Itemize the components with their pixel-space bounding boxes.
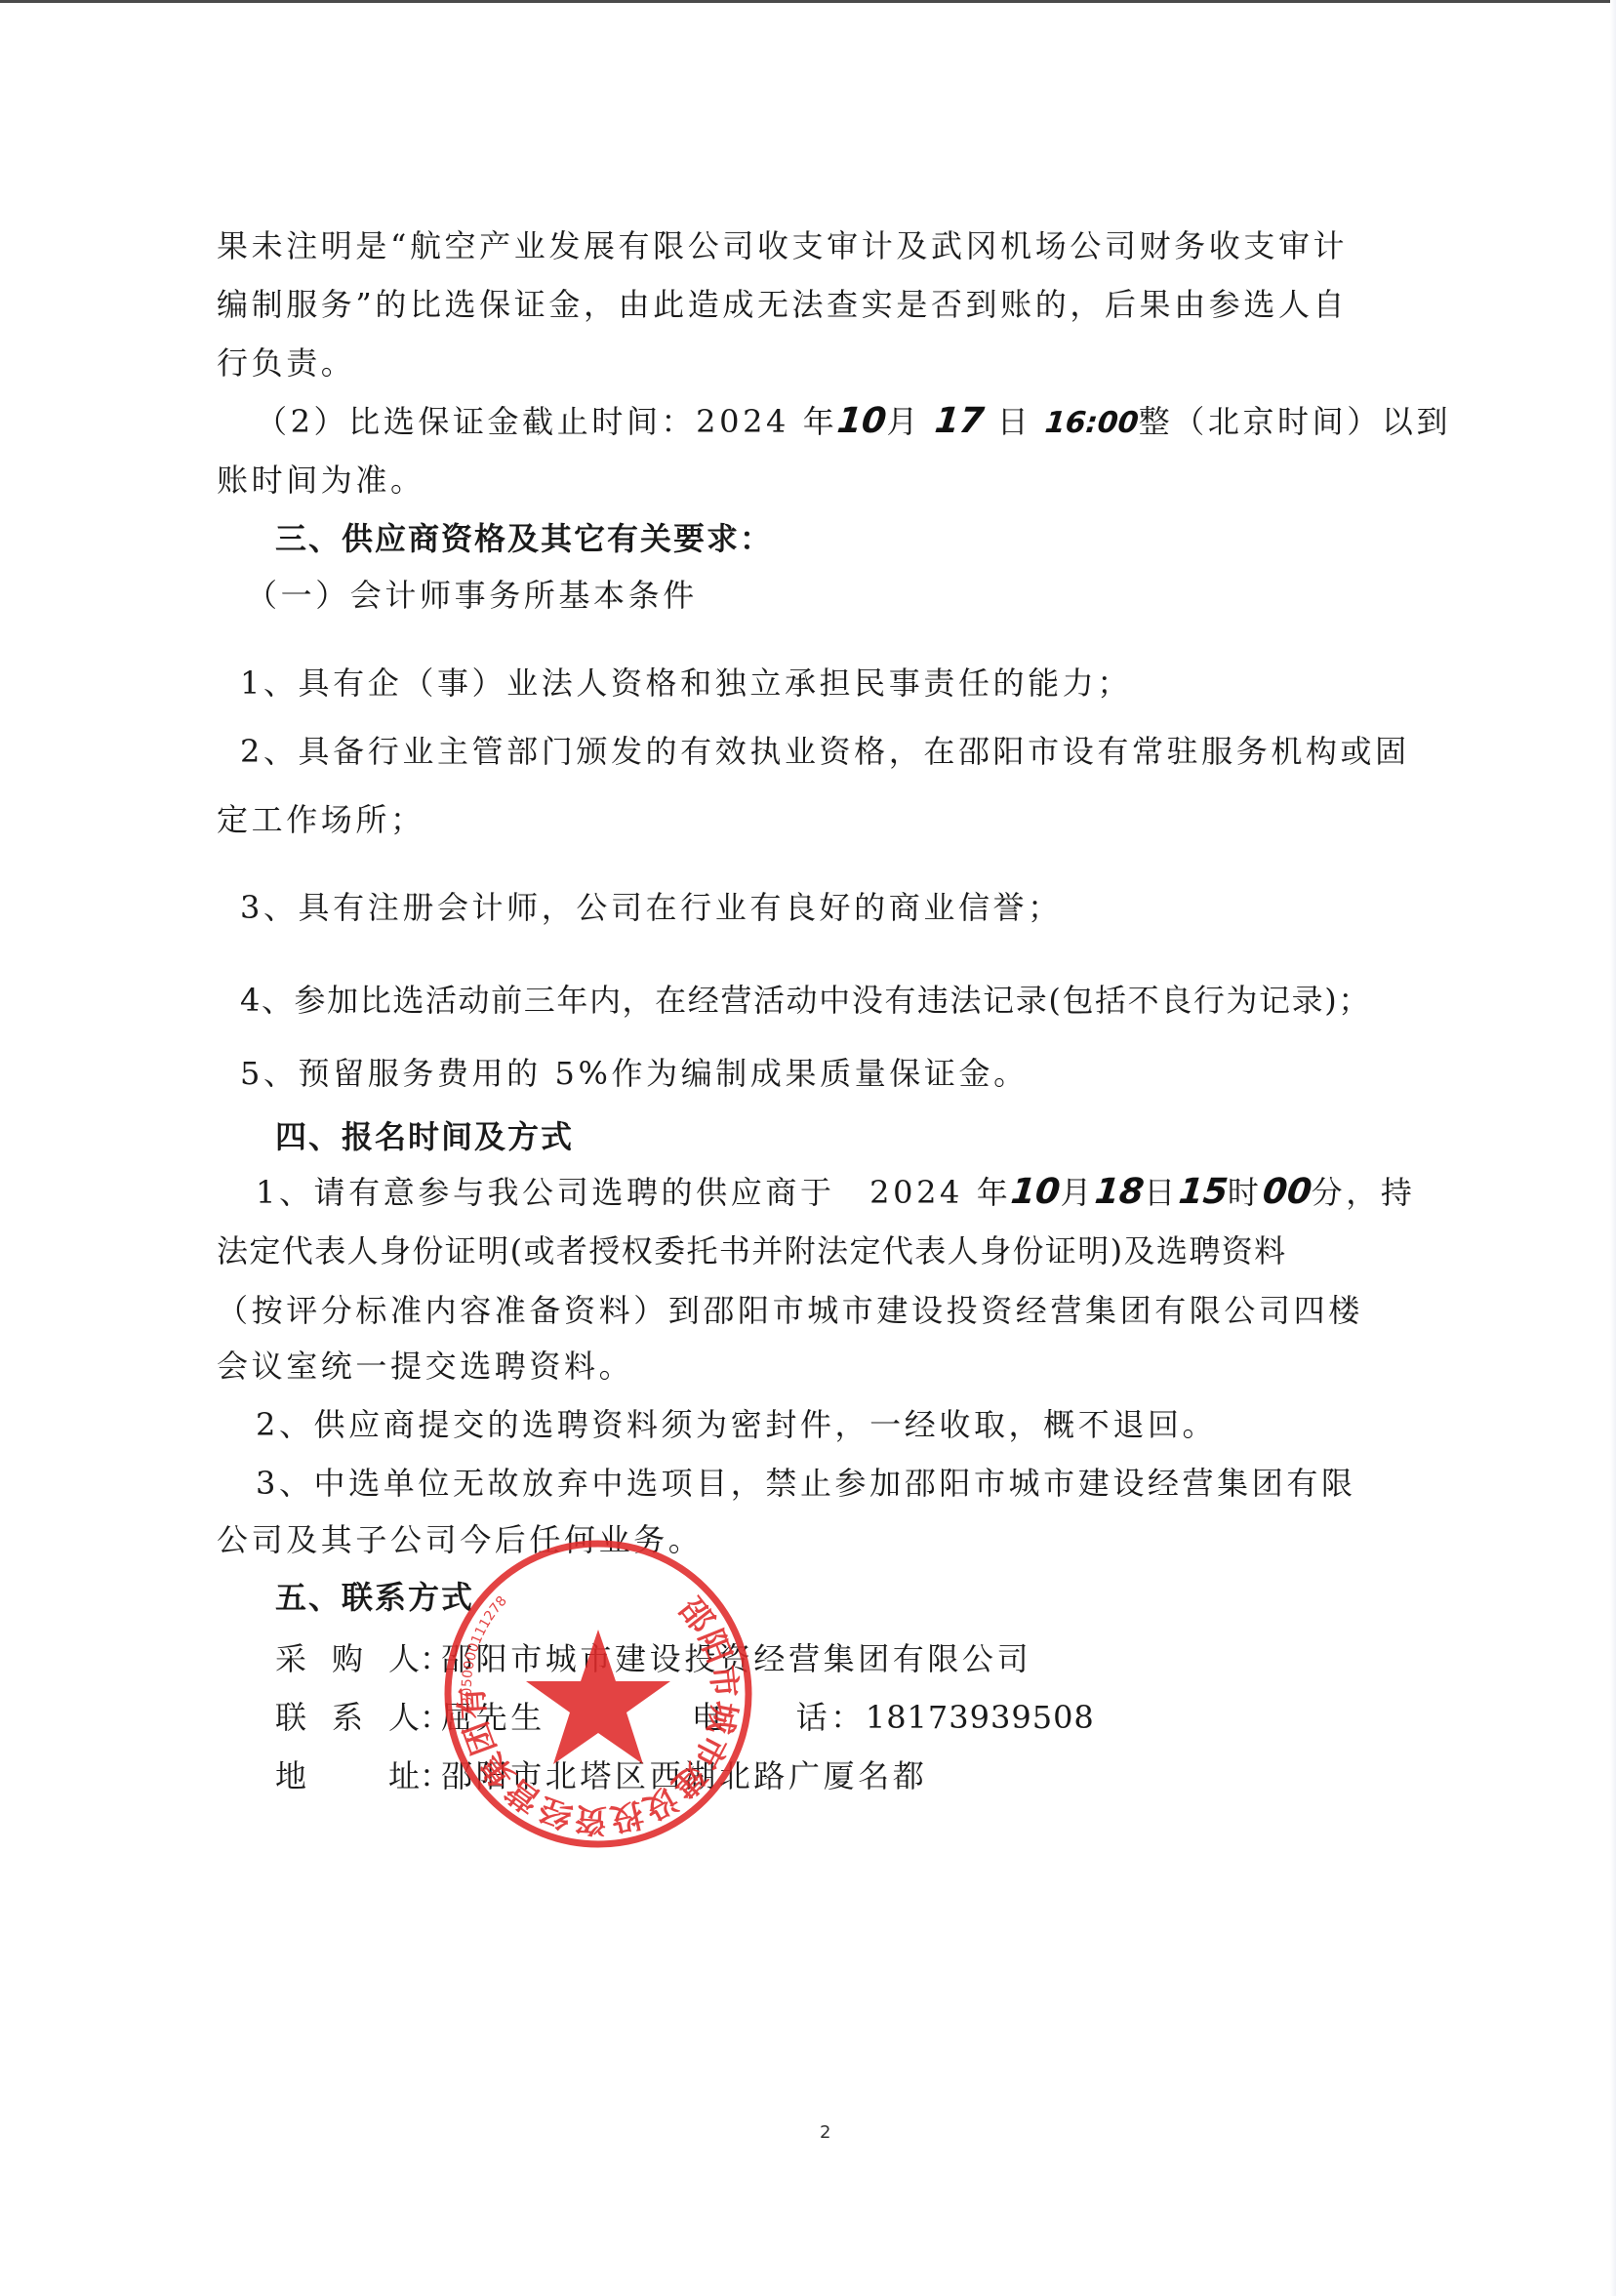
registration-time-line: 1、请有意参与我公司选聘的供应商于 2024 年10月18日15时00分，持 (256, 1171, 1415, 1214)
paragraph-line: 3、中选单位无故放弃中选项目，禁止参加邵阳市城市建设经营集团有限 (256, 1462, 1356, 1505)
section-heading: 三、供应商资格及其它有关要求： (275, 517, 773, 560)
handwritten-month: 10 (1009, 1171, 1063, 1214)
contact-row-address: 地址：邵阳市北塔区西湖北路广厦名都 (275, 1754, 927, 1797)
handwritten-day: 17 (933, 400, 987, 443)
contact-label: 联系人： (275, 1696, 441, 1739)
scan-border-top (0, 0, 1616, 3)
paragraph-line: 果未注明是“航空产业发展有限公司收支审计及武冈机场公司财务收支审计 (217, 224, 1348, 267)
company-seal-stamp: 邵阳市城市建设投资经营集团有限公司 43050000111278 (441, 1537, 755, 1851)
requirement-item: 4、参加比选活动前三年内，在经营活动中没有违法记录(包括不良行为记录)； (240, 979, 1371, 1022)
month-unit: 月 (1060, 1174, 1095, 1211)
contact-row-person: 联系人：屈先生电 话：18173939508 (275, 1696, 1095, 1739)
handwritten-day: 18 (1093, 1171, 1147, 1214)
address-value: 邵阳市北塔区西湖北路广厦名都 (441, 1757, 927, 1794)
section-heading: 五、联系方式 (275, 1576, 474, 1619)
handwritten-month: 10 (835, 400, 889, 443)
handwritten-minute: 00 (1260, 1171, 1313, 1214)
requirement-item: 3、具有注册会计师，公司在行业有良好的商业信誉； (240, 886, 1063, 929)
paragraph-line: 公司及其子公司今后任何业务。 (217, 1518, 703, 1561)
purchaser-value: 邵阳市城市建设投资经营集团有限公司 (441, 1640, 1031, 1677)
paragraph-line: 编制服务”的比选保证金，由此造成无法查实是否到账的，后果由参选人自 (217, 283, 1348, 326)
paragraph-line: 2、供应商提交的选聘资料须为密封件，一经收取，概不退回。 (256, 1403, 1217, 1446)
phone-label: 电 话： (692, 1699, 866, 1736)
requirement-item: 5、预留服务费用的 5%作为编制成果质量保证金。 (240, 1052, 1029, 1095)
month-unit: 月 (886, 403, 921, 440)
deadline-suffix: 整（北京时间）以到 (1139, 403, 1451, 440)
paragraph-line: 账时间为准。 (217, 459, 425, 502)
handwritten-hour: 16:00 (1043, 402, 1141, 445)
purchaser-label: 采购人： (275, 1637, 441, 1680)
contact-value: 屈先生 (441, 1699, 545, 1736)
day-unit: 日 (1144, 1174, 1179, 1211)
contact-row-purchaser: 采购人：邵阳市城市建设投资经营集团有限公司 (275, 1637, 1031, 1680)
registration-prefix: 1、请有意参与我公司选聘的供应商于 2024 年 (256, 1174, 1011, 1211)
paragraph-line: 法定代表人身份证明(或者授权委托书并附法定代表人身份证明)及选聘资料 (217, 1229, 1287, 1272)
paragraph-line: （按评分标准内容准备资料）到邵阳市城市建设投资经营集团有限公司四楼 (217, 1289, 1363, 1332)
hour-unit: 时 (1228, 1174, 1263, 1211)
paragraph-line: 行负责。 (217, 342, 355, 384)
requirement-item: 2、具备行业主管部门颁发的有效执业资格，在邵阳市设有常驻服务机构或固 (240, 730, 1410, 773)
scan-border-right (1610, 0, 1616, 2296)
registration-suffix: 分，持 (1312, 1174, 1416, 1211)
requirement-item: 定工作场所； (217, 798, 425, 841)
handwritten-hour: 15 (1177, 1171, 1231, 1214)
page-number: 2 (820, 2122, 830, 2143)
subsection-heading: （一）会计师事务所基本条件 (246, 574, 698, 617)
phone-value: 18173939508 (866, 1699, 1095, 1736)
deadline-prefix: （2）比选保证金截止时间：2024 年 (256, 403, 837, 440)
requirement-item: 1、具有企（事）业法人资格和独立承担民事责任的能力； (240, 662, 1132, 705)
day-unit: 日 (997, 403, 1032, 440)
paragraph-line: 会议室统一提交选聘资料。 (217, 1345, 633, 1388)
section-heading: 四、报名时间及方式 (275, 1115, 574, 1158)
address-label: 地址： (275, 1754, 441, 1797)
deposit-deadline-line: （2）比选保证金截止时间：2024 年10月 17 日 16:00整（北京时间）… (256, 400, 1451, 443)
